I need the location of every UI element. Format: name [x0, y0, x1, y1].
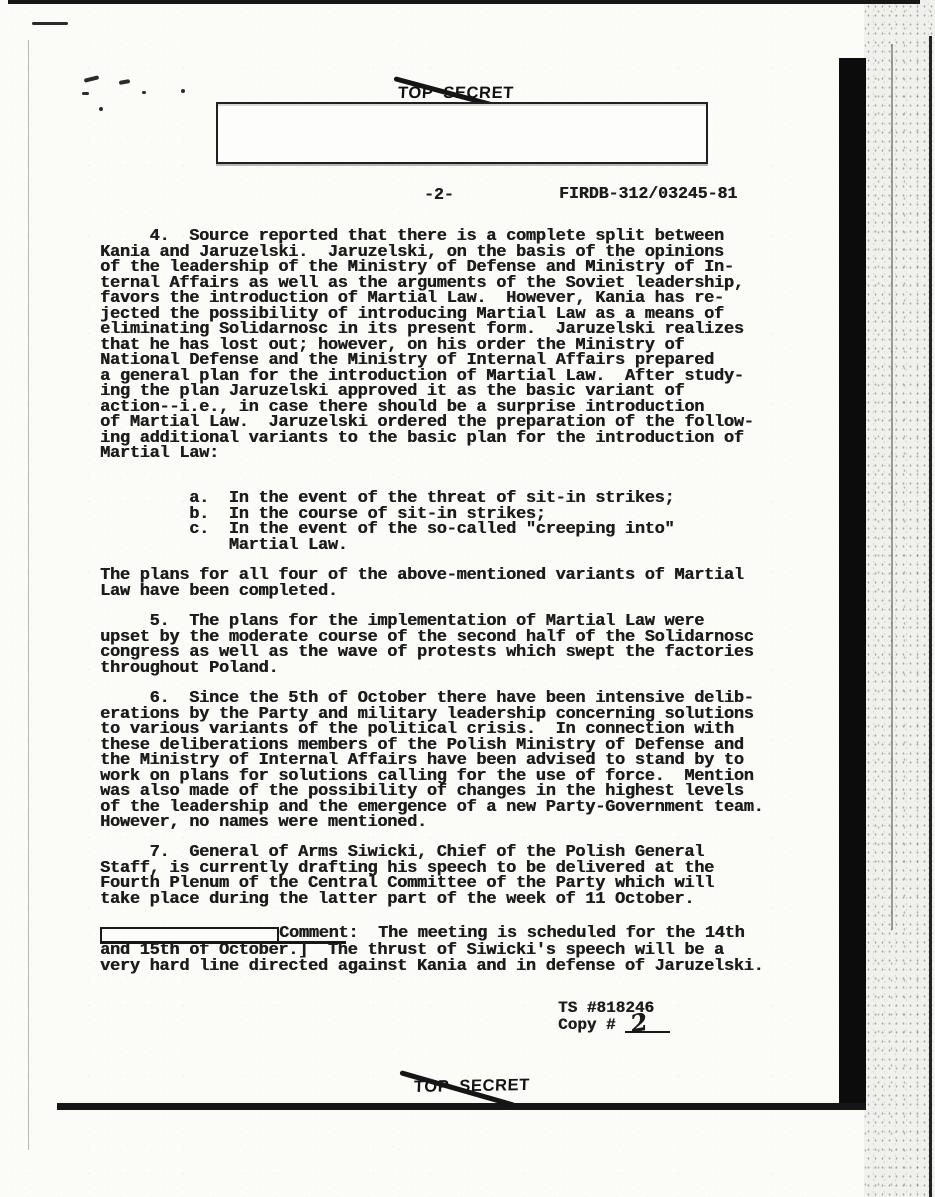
document-reference: FIRDB-312/03245-81 [559, 184, 737, 203]
pencil-mark [84, 75, 100, 83]
redaction-box-header [216, 102, 708, 164]
text-line: Martial Law: [100, 446, 754, 462]
text-line: throughout Poland. [100, 661, 754, 677]
text-line: Martial Law. [100, 538, 674, 554]
scanned-document-page: { "colors": { "ink": "#1a1a1a", "paper":… [0, 0, 935, 1197]
censor-side-bar [839, 58, 866, 1106]
pencil-dot [142, 91, 146, 94]
plans-completed-paragraph: The plans for all four of the above-ment… [100, 568, 744, 599]
bottom-border-line [57, 1103, 866, 1110]
pencil-mark [119, 79, 131, 85]
handwritten-copy-number: 2 [630, 1015, 649, 1032]
scan-right-edge-line [929, 36, 932, 1197]
paragraph-5: 5. The plans for the implementation of M… [100, 614, 754, 676]
pencil-dot [181, 89, 185, 93]
variant-list: a. In the event of the threat of sit-in … [100, 491, 674, 553]
page-number: -2- [424, 185, 454, 204]
scan-left-margin-line [28, 40, 29, 1150]
pencil-dot [82, 92, 89, 95]
text-line: Law have been completed. [100, 584, 744, 600]
paragraph-6: 6. Since the 5th of October there have b… [100, 691, 763, 831]
scan-top-edge-line [8, 0, 920, 4]
text-line: take place during the latter part of the… [100, 892, 714, 908]
text-line: However, no names were mentioned. [100, 815, 763, 831]
text-line: very hard line directed against Kania an… [100, 959, 763, 975]
paragraph-7: 7. General of Arms Siwicki, Chief of the… [100, 845, 714, 907]
pencil-dot [99, 107, 103, 111]
copy-label: Copy # [558, 1016, 625, 1034]
scan-noise-strip [864, 0, 935, 1197]
scan-dash-mark [32, 22, 68, 25]
paragraph-4: 4. Source reported that there is a compl… [100, 229, 754, 462]
scan-right-inner-line [891, 44, 893, 930]
comment-line: Comment: The meeting is scheduled for th… [279, 926, 744, 942]
copy-number-underline [625, 1031, 670, 1033]
paragraph-7-continued: and 15th of October.] The thrust of Siwi… [100, 943, 763, 974]
